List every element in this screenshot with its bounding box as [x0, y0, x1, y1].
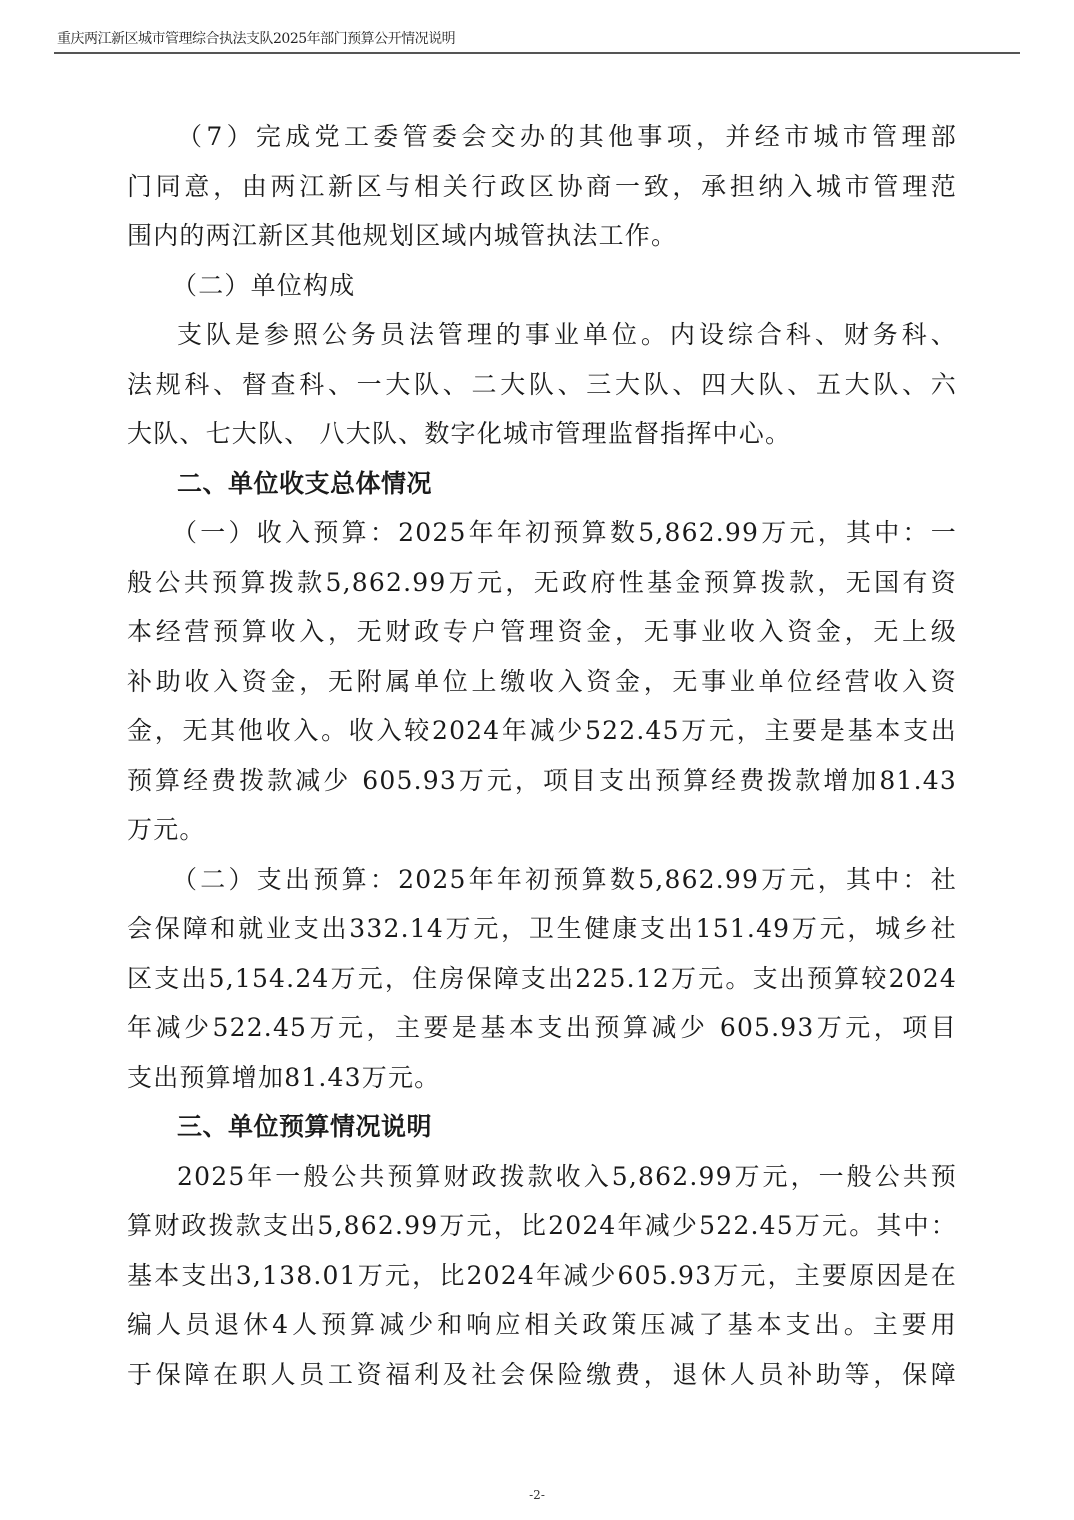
- paragraph-line: 大队、七大队、 八大队、数字化城市管理监督指挥中心。: [127, 409, 957, 459]
- paragraph-line: （二）支出预算：2025年年初预算数5,862.99万元，其中：社: [127, 855, 957, 905]
- paragraph-line: 门同意，由两江新区与相关行政区协商一致，承担纳入城市管理范: [127, 162, 957, 212]
- section-heading: 三、单位预算情况说明: [127, 1102, 957, 1152]
- document-body: （7）完成党工委管委会交办的其他事项，并经市城市管理部 门同意，由两江新区与相关…: [127, 112, 957, 1399]
- paragraph-line: 般公共预算拨款5,862.99万元，无政府性基金预算拨款，无国有资: [127, 558, 957, 608]
- paragraph-line: 会保障和就业支出332.14万元，卫生健康支出151.49万元，城乡社: [127, 904, 957, 954]
- subsection-heading: （二）单位构成: [127, 261, 957, 311]
- paragraph-line: 补助收入资金，无附属单位上缴收入资金，无事业单位经营收入资: [127, 657, 957, 707]
- paragraph-line: 区支出5,154.24万元，住房保障支出225.12万元。支出预算较2024: [127, 954, 957, 1004]
- header-divider: [54, 52, 1020, 54]
- paragraph-line: 支队是参照公务员法管理的事业单位。内设综合科、财务科、: [127, 310, 957, 360]
- section-heading: 二、单位收支总体情况: [127, 459, 957, 509]
- running-header: 重庆两江新区城市管理综合执法支队2025年部门预算公开情况说明: [57, 28, 455, 48]
- paragraph-line: （7）完成党工委管委会交办的其他事项，并经市城市管理部: [127, 112, 957, 162]
- paragraph-line: 算财政拨款支出5,862.99万元，比2024年减少522.45万元。其中：: [127, 1201, 957, 1251]
- paragraph-line: 年减少522.45万元，主要是基本支出预算减少 605.93万元，项目: [127, 1003, 957, 1053]
- paragraph-line: 万元。: [127, 805, 957, 855]
- paragraph-line: 于保障在职人员工资福利及社会保险缴费，退休人员补助等，保障: [127, 1350, 957, 1400]
- paragraph-line: 金，无其他收入。收入较2024年减少522.45万元，主要是基本支出: [127, 706, 957, 756]
- paragraph-line: 本经营预算收入，无财政专户管理资金，无事业收入资金，无上级: [127, 607, 957, 657]
- paragraph-line: 法规科、督查科、一大队、二大队、三大队、四大队、五大队、六: [127, 360, 957, 410]
- paragraph-line: 2025年一般公共预算财政拨款收入5,862.99万元，一般公共预: [127, 1152, 957, 1202]
- paragraph-line: 基本支出3,138.01万元，比2024年减少605.93万元，主要原因是在: [127, 1251, 957, 1301]
- paragraph-line: 预算经费拨款减少 605.93万元，项目支出预算经费拨款增加81.43: [127, 756, 957, 806]
- page-number: -2-: [0, 1488, 1074, 1502]
- paragraph-line: 围内的两江新区其他规划区域内城管执法工作。: [127, 211, 957, 261]
- paragraph-line: 编人员退休4人预算减少和响应相关政策压减了基本支出。主要用: [127, 1300, 957, 1350]
- paragraph-line: （一）收入预算：2025年年初预算数5,862.99万元，其中：一: [127, 508, 957, 558]
- paragraph-line: 支出预算增加81.43万元。: [127, 1053, 957, 1103]
